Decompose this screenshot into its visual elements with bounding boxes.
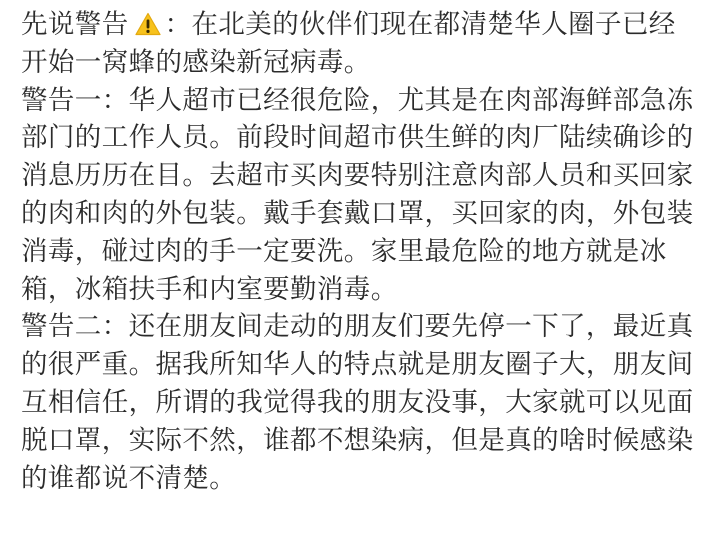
warning-one-heading-line: 警告一：华人超市已经很危险，尤其是在肉部海鲜部急冻 <box>21 82 714 120</box>
warning-two-heading-line: 警告二：还在朋友间走动的朋友们要先停一下了，最近真 <box>21 308 714 346</box>
post-line-7: 消毒，碰过肉的手一定要洗。家里最危险的地方就是冰 <box>21 233 714 271</box>
post-line-5: 消息历历在目。去超市买肉要特别注意肉部人员和买回家 <box>21 157 714 195</box>
post-line-11: 互相信任，所谓的我觉得我的朋友没事，大家就可以见面 <box>21 384 714 422</box>
post-body: 先说警告：在北美的伙伴们现在都清楚华人圈子已经 开始一窝蜂的感染新冠病毒。 警告… <box>0 0 714 497</box>
post-line-12: 脱口罩，实际不然，谁都不想染病，但是真的啥时候感染 <box>21 422 714 460</box>
post-line-4: 部门的工作人员。前段时间超市供生鲜的肉厂陆续确诊的 <box>21 119 714 157</box>
post-line-6: 的肉和肉的外包装。戴手套戴口罩，买回家的肉，外包装 <box>21 195 714 233</box>
post-line-1: 先说警告：在北美的伙伴们现在都清楚华人圈子已经 <box>21 6 714 44</box>
post-text: ：在北美的伙伴们现在都清楚华人圈子已经 <box>165 9 676 40</box>
post-line-10: 的很严重。据我所知华人的特点就是朋友圈子大，朋友间 <box>21 346 714 384</box>
post-line-2: 开始一窝蜂的感染新冠病毒。 <box>21 44 714 82</box>
post-line-8: 箱，冰箱扶手和内室要勤消毒。 <box>21 271 714 309</box>
post-text: 先说警告 <box>21 9 129 40</box>
warning-sign-icon <box>135 12 161 36</box>
post-line-13: 的谁都说不清楚。 <box>21 460 714 498</box>
